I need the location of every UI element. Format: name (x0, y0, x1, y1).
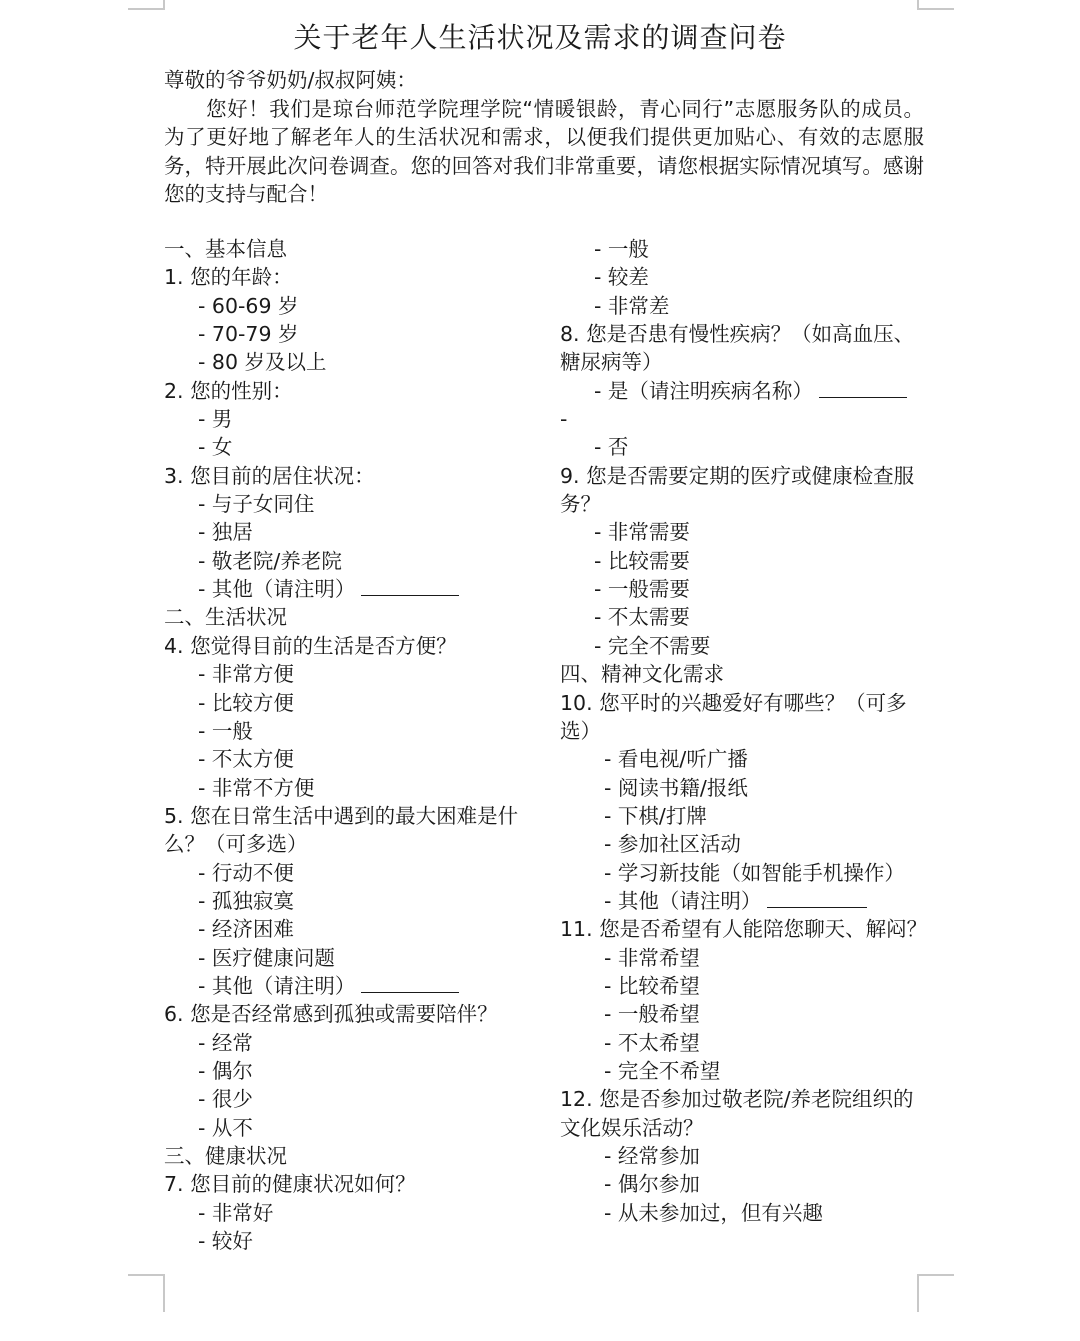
option-q4-2[interactable]: - 比较方便 (164, 689, 534, 717)
option-q11-4[interactable]: - 不太希望 (560, 1029, 932, 1057)
option-q11-3[interactable]: - 一般希望 (560, 1000, 932, 1028)
section-heading-spiritual-cultural-needs: 四、精神文化需求 (560, 660, 932, 688)
option-q3-2[interactable]: - 独居 (164, 518, 534, 546)
option-q6-4[interactable]: - 从不 (164, 1114, 534, 1142)
option-q9-4[interactable]: - 不太需要 (560, 603, 932, 631)
option-q10-4[interactable]: - 参加社区活动 (560, 830, 932, 858)
intro-paragraph: 您好！我们是琼台师范学院理学院“情暖银龄，青心同行”志愿服务队的成员。为了更好地… (164, 95, 924, 209)
option-q2-1[interactable]: - 男 (164, 405, 534, 433)
fill-in-blank-q3[interactable] (361, 577, 459, 596)
option-q3-1[interactable]: - 与子女同住 (164, 490, 534, 518)
option-q1-2[interactable]: - 70-79 岁 (164, 320, 534, 348)
option-q4-5[interactable]: - 非常不方便 (164, 774, 534, 802)
option-q7-1[interactable]: - 非常好 (164, 1199, 534, 1227)
option-q3-4-label: - 其他（请注明） (198, 577, 355, 601)
option-q11-1[interactable]: - 非常希望 (560, 944, 932, 972)
intro-block: 尊敬的爷爷奶奶/叔叔阿姨： 您好！我们是琼台师范学院理学院“情暖银龄，青心同行”… (164, 66, 924, 209)
option-q4-1[interactable]: - 非常方便 (164, 660, 534, 688)
option-q3-3[interactable]: - 敬老院/养老院 (164, 547, 534, 575)
option-q7-2[interactable]: - 较好 (164, 1227, 534, 1255)
option-q7-3[interactable]: - 一般 (560, 235, 932, 263)
option-q9-3[interactable]: - 一般需要 (560, 575, 932, 603)
question-10: 10. 您平时的兴趣爱好有哪些？（可多选） (560, 689, 932, 746)
option-q6-1[interactable]: - 经常 (164, 1029, 534, 1057)
question-12: 12. 您是否参加过敬老院/养老院组织的文化娱乐活动？ (560, 1085, 932, 1142)
option-q5-2[interactable]: - 孤独寂寞 (164, 887, 534, 915)
fill-in-blank-q8[interactable] (819, 379, 907, 398)
question-2: 2. 您的性别： (164, 377, 534, 405)
option-q9-2[interactable]: - 比较需要 (560, 547, 932, 575)
option-q3-4[interactable]: - 其他（请注明） (164, 575, 534, 603)
question-8: 8. 您是否患有慢性疾病？（如高血压、糖尿病等） (560, 320, 932, 377)
option-q4-3[interactable]: - 一般 (164, 717, 534, 745)
question-4: 4. 您觉得目前的生活是否方便？ (164, 632, 534, 660)
option-q8-2[interactable]: - 否 (560, 433, 932, 461)
section-heading-health-status: 三、健康状况 (164, 1142, 534, 1170)
page-corner-mark-bottom-left (128, 1274, 165, 1312)
option-q10-5[interactable]: - 学习新技能（如智能手机操作） (560, 859, 932, 887)
option-q11-5[interactable]: - 完全不希望 (560, 1057, 932, 1085)
option-q12-1[interactable]: - 经常参加 (560, 1142, 932, 1170)
question-5: 5. 您在日常生活中遇到的最大困难是什么？（可多选） (164, 802, 534, 859)
question-1: 1. 您的年龄： (164, 263, 534, 291)
document-title: 关于老年人生活状况及需求的调查问卷 (0, 18, 1080, 58)
option-q5-4[interactable]: - 医疗健康问题 (164, 944, 534, 972)
option-q5-3[interactable]: - 经济困难 (164, 915, 534, 943)
option-q6-3[interactable]: - 很少 (164, 1085, 534, 1113)
option-q5-5[interactable]: - 其他（请注明） (164, 972, 534, 1000)
option-q1-1[interactable]: - 60-69 岁 (164, 292, 534, 320)
option-q9-1[interactable]: - 非常需要 (560, 518, 932, 546)
page-corner-mark-top-right (917, 0, 954, 10)
option-q10-2[interactable]: - 阅读书籍/报纸 (560, 774, 932, 802)
section-heading-living-status: 二、生活状况 (164, 603, 534, 631)
question-3: 3. 您目前的居住状况： (164, 462, 534, 490)
stray-line-fragment: - (560, 405, 932, 433)
option-q7-5[interactable]: - 非常差 (560, 292, 932, 320)
fill-in-blank-q10[interactable] (767, 889, 867, 908)
option-q9-5[interactable]: - 完全不需要 (560, 632, 932, 660)
option-q2-2[interactable]: - 女 (164, 433, 534, 461)
option-q1-3[interactable]: - 80 岁及以上 (164, 348, 534, 376)
question-7: 7. 您目前的健康状况如何？ (164, 1170, 534, 1198)
left-column: 一、基本信息 1. 您的年龄： - 60-69 岁 - 70-79 岁 - 80… (164, 235, 534, 1255)
option-q11-2[interactable]: - 比较希望 (560, 972, 932, 1000)
option-q5-5-label: - 其他（请注明） (198, 974, 355, 998)
option-q10-6-label: - 其他（请注明） (604, 889, 761, 913)
option-q8-1-label: - 是（请注明疾病名称） (594, 379, 813, 403)
option-q5-1[interactable]: - 行动不便 (164, 859, 534, 887)
question-6: 6. 您是否经常感到孤独或需要陪伴？ (164, 1000, 534, 1028)
option-q6-2[interactable]: - 偶尔 (164, 1057, 534, 1085)
option-q10-3[interactable]: - 下棋/打牌 (560, 802, 932, 830)
option-q4-4[interactable]: - 不太方便 (164, 745, 534, 773)
right-column: - 一般 - 较差 - 非常差 8. 您是否患有慢性疾病？（如高血压、糖尿病等）… (560, 235, 932, 1227)
section-heading-basic-info: 一、基本信息 (164, 235, 534, 263)
option-q10-6[interactable]: - 其他（请注明） (560, 887, 932, 915)
question-11: 11. 您是否希望有人能陪您聊天、解闷？ (560, 915, 932, 943)
fill-in-blank-q5[interactable] (361, 974, 459, 993)
option-q10-1[interactable]: - 看电视/听广播 (560, 745, 932, 773)
question-9: 9. 您是否需要定期的医疗或健康检查服务？ (560, 462, 932, 519)
page-corner-mark-bottom-right (917, 1274, 954, 1312)
option-q7-4[interactable]: - 较差 (560, 263, 932, 291)
option-q8-1[interactable]: - 是（请注明疾病名称） (560, 377, 932, 405)
greeting: 尊敬的爷爷奶奶/叔叔阿姨： (164, 66, 924, 95)
option-q12-3[interactable]: - 从未参加过，但有兴趣 (560, 1199, 932, 1227)
option-q12-2[interactable]: - 偶尔参加 (560, 1170, 932, 1198)
page-corner-mark-top-left (128, 0, 165, 10)
